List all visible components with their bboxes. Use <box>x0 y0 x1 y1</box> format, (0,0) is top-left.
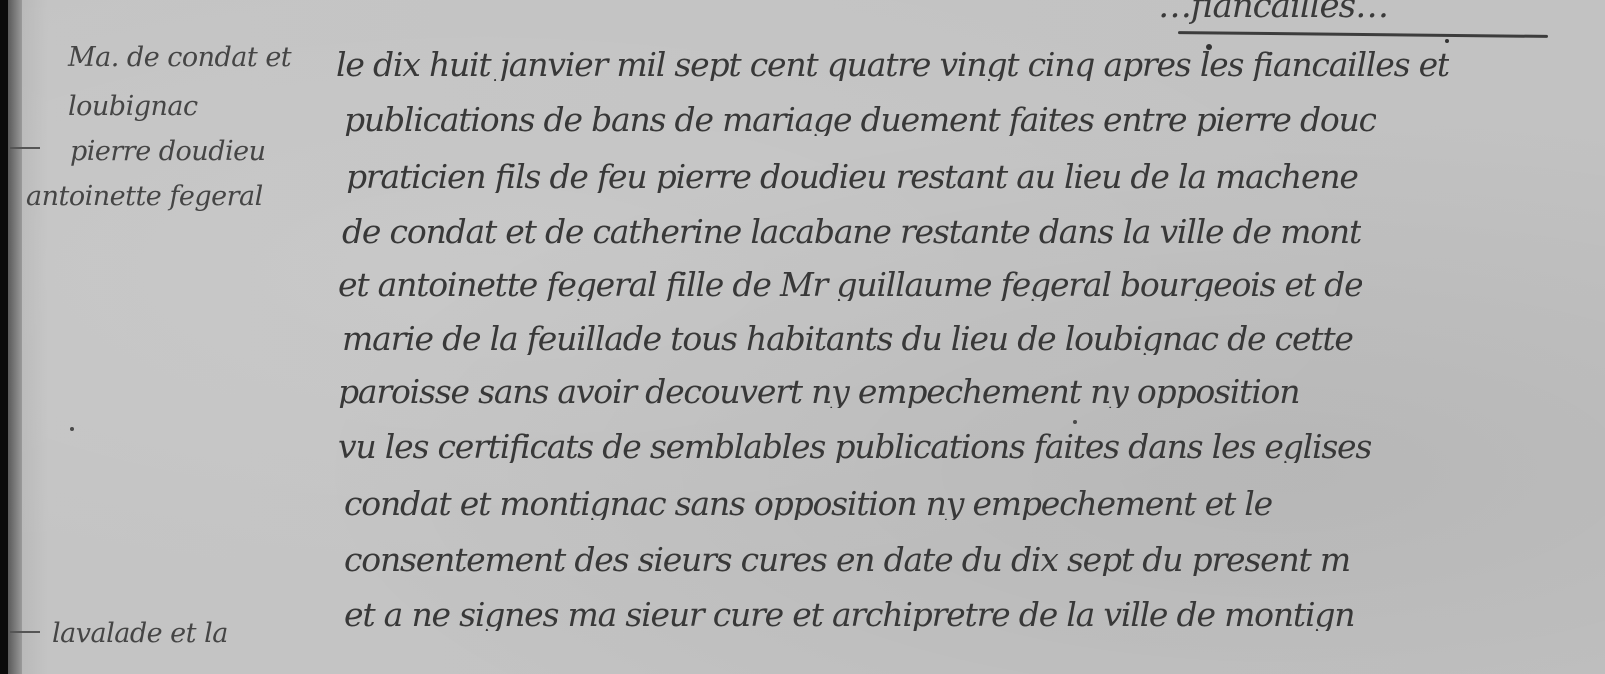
margin-note-line: loubignac <box>68 93 198 120</box>
entry-line: paroisse sans avoir decouvert ny empeche… <box>338 375 1299 408</box>
entry-line: vu les certificats de semblables publica… <box>338 430 1371 463</box>
manuscript-page: …fiancailles… Ma. de condat et loubignac… <box>8 0 1605 674</box>
entry-line: condat et montignac sans opposition ny e… <box>344 487 1272 520</box>
entry-line: marie de la feuillade tous habitants du … <box>342 322 1353 355</box>
entry-line: de condat et de catherine lacabane resta… <box>342 215 1361 248</box>
margin-note-line: lavalade et la <box>52 620 228 647</box>
entry-line: le dix huit janvier mil sept cent quatre… <box>336 48 1449 81</box>
entry-line: consentement des sieurs cures en date du… <box>344 543 1350 576</box>
margin-notes: Ma. de condat et loubignac pierre doudie… <box>8 0 338 674</box>
entry-line: et antoinette fegeral fille de Mr guilla… <box>338 268 1362 301</box>
ink-speck <box>70 427 74 431</box>
margin-note-line: pierre doudieu <box>70 138 266 165</box>
margin-note-line: Ma. de condat et <box>68 44 291 71</box>
entry-line: praticien fils de feu pierre doudieu res… <box>346 160 1358 193</box>
ink-speck <box>1073 420 1077 424</box>
margin-note-line: antoinette fegeral <box>26 183 263 210</box>
entry-line: publications de bans de mariage duement … <box>344 103 1376 136</box>
entry-line: et a ne signes ma sieur cure et archipre… <box>344 598 1354 631</box>
register-entry: le dix huit janvier mil sept cent quatre… <box>336 0 1605 674</box>
